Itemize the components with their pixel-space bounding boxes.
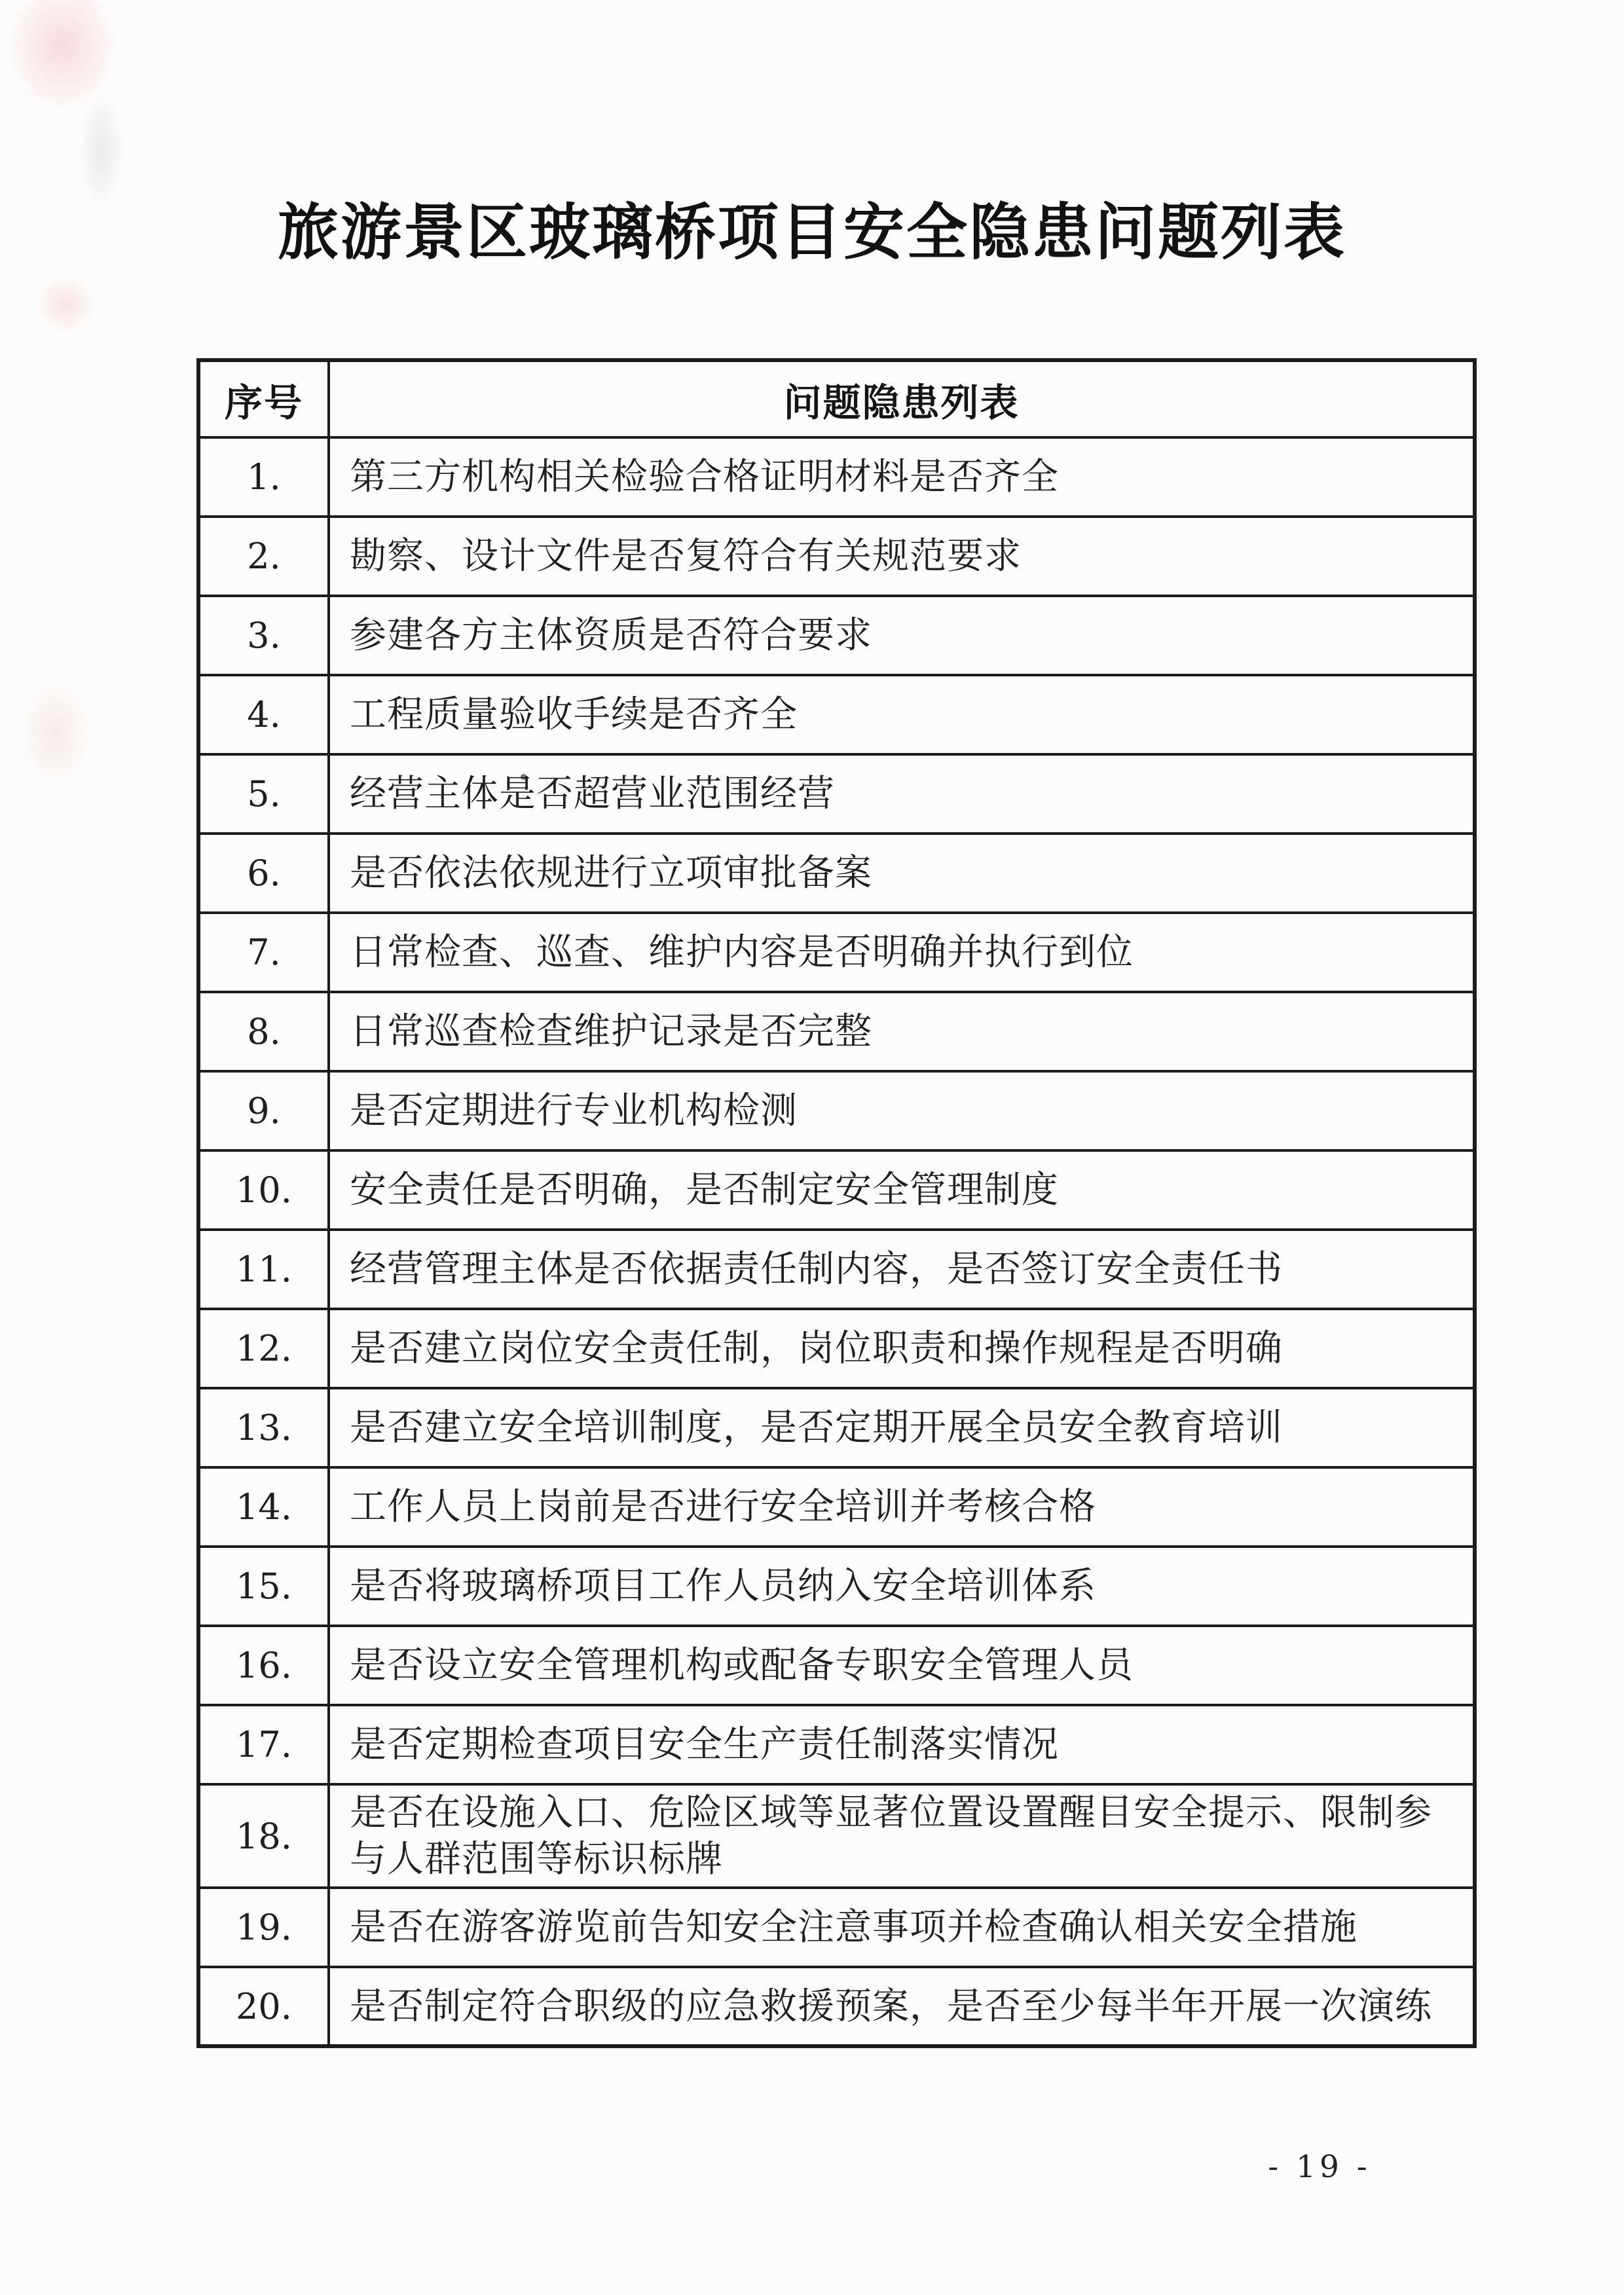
page-number: - 19 -	[1198, 2149, 1441, 2185]
row-number: 6.	[198, 834, 329, 913]
scan-artifact	[79, 92, 124, 210]
column-header-number: 序号	[198, 360, 329, 437]
scan-artifact	[20, 681, 92, 786]
row-issue-text: 是否依法依规进行立项审批备案	[329, 834, 1475, 913]
row-number: 1.	[198, 437, 329, 517]
row-number: 7.	[198, 913, 329, 992]
row-issue-text: 是否建立岗位安全责任制，岗位职责和操作规程是否明确	[329, 1309, 1475, 1388]
row-number: 9.	[198, 1071, 329, 1150]
table-row: 18. 是否在设施入口、危险区域等显著位置设置醒目安全提示、限制参与人群范围等标…	[198, 1784, 1475, 1888]
row-number: 12.	[198, 1309, 329, 1388]
row-number: 13.	[198, 1388, 329, 1467]
row-number: 15.	[198, 1547, 329, 1626]
row-issue-text: 第三方机构相关检验合格证明材料是否齐全	[329, 437, 1475, 517]
row-issue-text: 安全责任是否明确，是否制定安全管理制度	[329, 1150, 1475, 1230]
document-page: 旅游景区玻璃桥项目安全隐患问题列表 序号 问题隐患列表 1. 第三方机构相关检验…	[0, 0, 1624, 2295]
row-issue-text: 经营主体是否超营业范围经营	[329, 754, 1475, 834]
header-row: 序号 问题隐患列表	[198, 360, 1475, 437]
row-number: 5.	[198, 754, 329, 834]
table-row: 20. 是否制定符合职级的应急救援预案，是否至少每半年开展一次演练	[198, 1967, 1475, 2046]
row-issue-text: 日常检查、巡查、维护内容是否明确并执行到位	[329, 913, 1475, 992]
table-row: 10. 安全责任是否明确，是否制定安全管理制度	[198, 1150, 1475, 1230]
row-issue-text: 是否设立安全管理机构或配备专职安全管理人员	[329, 1626, 1475, 1705]
table-row: 15. 是否将玻璃桥项目工作人员纳入安全培训体系	[198, 1547, 1475, 1626]
row-number: 4.	[198, 675, 329, 754]
row-number: 20.	[198, 1967, 329, 2046]
row-issue-text: 是否在游客游览前告知安全注意事项并检查确认相关安全措施	[329, 1888, 1475, 1967]
table-row: 11. 经营管理主体是否依据责任制内容，是否签订安全责任书	[198, 1230, 1475, 1309]
row-number: 8.	[198, 992, 329, 1071]
row-number: 2.	[198, 517, 329, 596]
table-row: 19. 是否在游客游览前告知安全注意事项并检查确认相关安全措施	[198, 1888, 1475, 1967]
table-row: 14. 工作人员上岗前是否进行安全培训并考核合格	[198, 1467, 1475, 1547]
table-row: 5. 经营主体是否超营业范围经营	[198, 754, 1475, 834]
column-header-issue-list: 问题隐患列表	[329, 360, 1475, 437]
row-issue-text: 经营管理主体是否依据责任制内容，是否签订安全责任书	[329, 1230, 1475, 1309]
table-row: 16. 是否设立安全管理机构或配备专职安全管理人员	[198, 1626, 1475, 1705]
row-number: 14.	[198, 1467, 329, 1547]
table-row: 13. 是否建立安全培训制度，是否定期开展全员安全教育培训	[198, 1388, 1475, 1467]
row-issue-text: 是否定期进行专业机构检测	[329, 1071, 1475, 1150]
table-row: 4. 工程质量验收手续是否齐全	[198, 675, 1475, 754]
table-row: 7. 日常检查、巡查、维护内容是否明确并执行到位	[198, 913, 1475, 992]
row-issue-text: 工程质量验收手续是否齐全	[329, 675, 1475, 754]
row-number: 16.	[198, 1626, 329, 1705]
row-issue-text: 勘察、设计文件是否复符合有关规范要求	[329, 517, 1475, 596]
scan-artifact	[36, 275, 95, 334]
page-title: 旅游景区玻璃桥项目安全隐患问题列表	[0, 194, 1624, 271]
table-row: 8. 日常巡查检查维护记录是否完整	[198, 992, 1475, 1071]
hazard-table: 序号 问题隐患列表 1. 第三方机构相关检验合格证明材料是否齐全 2. 勘察、设…	[196, 358, 1477, 2048]
table-row: 6. 是否依法依规进行立项审批备案	[198, 834, 1475, 913]
row-number: 17.	[198, 1705, 329, 1784]
row-issue-text: 是否建立安全培训制度，是否定期开展全员安全教育培训	[329, 1388, 1475, 1467]
table-row: 2. 勘察、设计文件是否复符合有关规范要求	[198, 517, 1475, 596]
row-issue-text: 工作人员上岗前是否进行安全培训并考核合格	[329, 1467, 1475, 1547]
table-row: 3. 参建各方主体资质是否符合要求	[198, 596, 1475, 675]
row-number: 3.	[198, 596, 329, 675]
row-issue-text: 是否在设施入口、危险区域等显著位置设置醒目安全提示、限制参与人群范围等标识标牌	[329, 1784, 1475, 1888]
table-header: 序号 问题隐患列表	[198, 360, 1475, 437]
table-row: 17. 是否定期检查项目安全生产责任制落实情况	[198, 1705, 1475, 1784]
row-issue-text: 是否定期检查项目安全生产责任制落实情况	[329, 1705, 1475, 1784]
row-number: 10.	[198, 1150, 329, 1230]
scan-artifact	[7, 0, 118, 111]
row-issue-text: 是否将玻璃桥项目工作人员纳入安全培训体系	[329, 1547, 1475, 1626]
table-row: 12. 是否建立岗位安全责任制，岗位职责和操作规程是否明确	[198, 1309, 1475, 1388]
row-issue-text: 日常巡查检查维护记录是否完整	[329, 992, 1475, 1071]
row-number: 18.	[198, 1784, 329, 1888]
row-issue-text: 是否制定符合职级的应急救援预案，是否至少每半年开展一次演练	[329, 1967, 1475, 2046]
table-row: 1. 第三方机构相关检验合格证明材料是否齐全	[198, 437, 1475, 517]
row-number: 11.	[198, 1230, 329, 1309]
row-issue-text: 参建各方主体资质是否符合要求	[329, 596, 1475, 675]
table-body: 1. 第三方机构相关检验合格证明材料是否齐全 2. 勘察、设计文件是否复符合有关…	[198, 437, 1475, 2046]
table-row: 9. 是否定期进行专业机构检测	[198, 1071, 1475, 1150]
row-number: 19.	[198, 1888, 329, 1967]
